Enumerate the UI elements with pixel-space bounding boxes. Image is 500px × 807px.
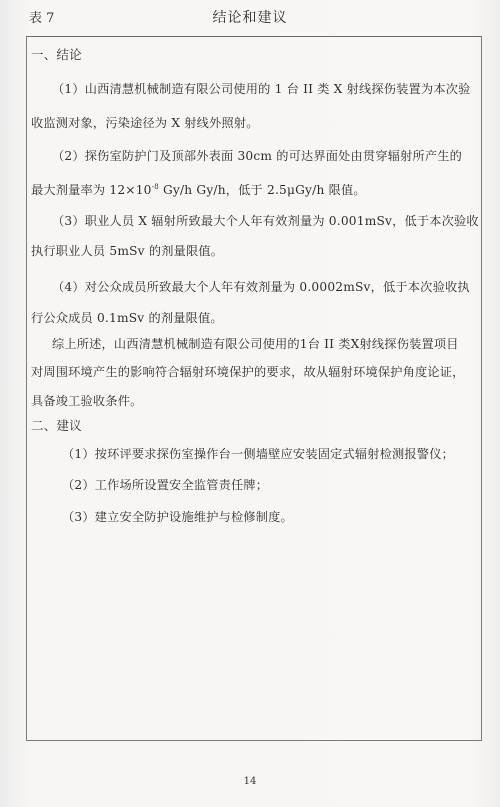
conclusion-item-4-line-2: 行公众成员 0.1mSv 的剂量限值。	[31, 309, 223, 326]
page-title: 结论和建议	[0, 7, 500, 27]
conclusion-item-1-line-1: （1）山西清慧机械制造有限公司使用的 1 台 II 类 X 射线探伤装置为本次验	[52, 80, 471, 97]
conclusion-item-2-line-1: （2）探伤室防护门及顶部外表面 30cm 的可达界面处由贯穿辐射所产生的	[52, 147, 462, 164]
summary-line-2: 对周围环境产生的影响符合辐射环境保护的要求，故从辐射环境保护角度论证，	[31, 363, 465, 380]
section-heading-suggestions: 二、建议	[31, 416, 82, 434]
page-number: 14	[0, 776, 500, 787]
suggestion-item-1: （1）按环评要求探伤室操作台一侧墙壁应安装固定式辐射检测报警仪；	[62, 445, 454, 462]
conclusion-item-1-line-2: 收监测对象，污染途径为 X 射线外照射。	[31, 114, 259, 131]
conclusion-item-4-line-1: （4）对公众成员所致最大个人年有效剂量为 0.0002mSv，低于本次验收执	[52, 278, 470, 295]
section-heading-conclusion: 一、结论	[31, 45, 82, 63]
summary-line-1: 综上所述，山西清慧机械制造有限公司使用的1台 II 类X射线探伤装置项目	[52, 335, 459, 352]
summary-line-3: 具备竣工验收条件。	[31, 392, 143, 409]
suggestion-item-2: （2）工作场所设置安全监管责任牌；	[62, 476, 268, 493]
content-frame	[26, 36, 482, 741]
dose-rate-suffix: Gy/h Gy/h，低于 2.5μGy/h 限值。	[159, 183, 366, 197]
conclusion-item-3-line-2: 执行职业人员 5mSv 的剂量限值。	[31, 242, 223, 259]
dose-rate-prefix: 最大剂量率为 12×10	[31, 183, 152, 197]
suggestion-item-3: （3）建立安全防护设施维护与检修制度。	[62, 508, 293, 525]
dose-rate-exponent: -8	[152, 183, 159, 191]
conclusion-item-3-line-1: （3）职业人员 X 辐射所致最大个人年有效剂量为 0.001mSv，低于本次验收	[52, 212, 479, 229]
conclusion-item-2-line-2: 最大剂量率为 12×10-8 Gy/h Gy/h，低于 2.5μGy/h 限值。	[31, 181, 366, 198]
